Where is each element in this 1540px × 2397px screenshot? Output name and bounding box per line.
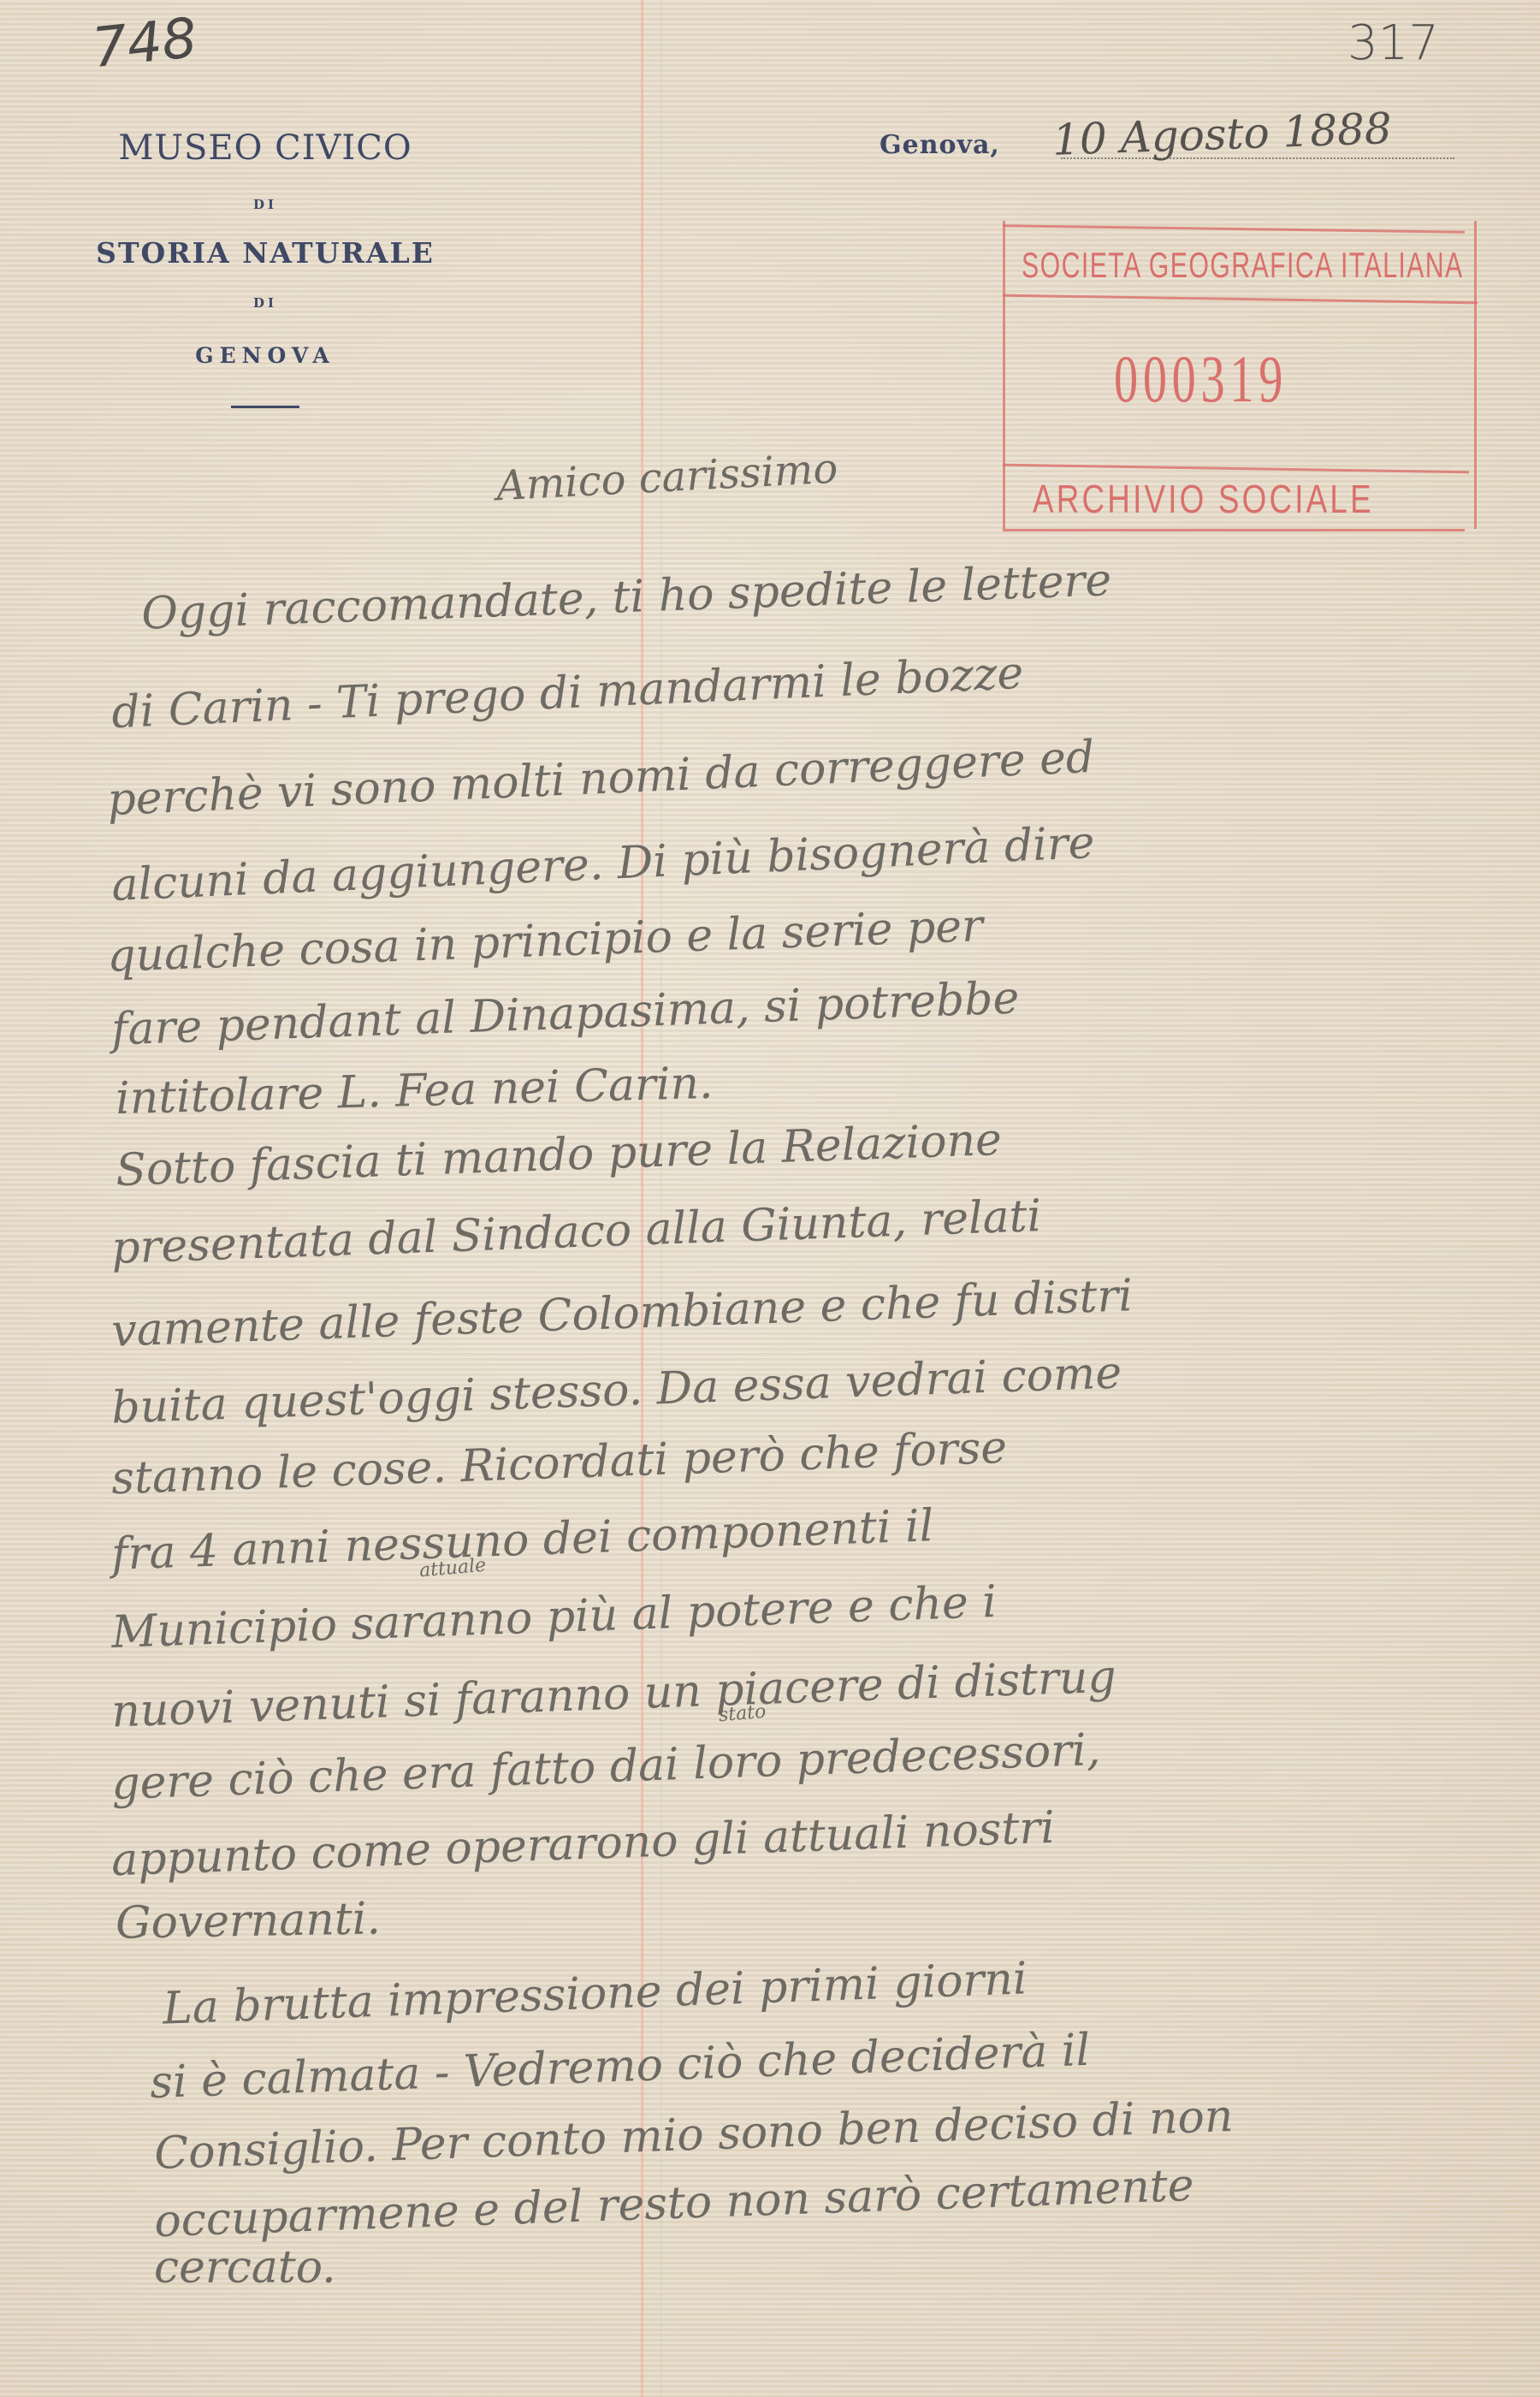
- letter-line: nuovi venuti si faranno un piacere di di…: [110, 1652, 1116, 1738]
- letter-line: stanno le cose. Ricordati però che forse: [110, 1422, 1008, 1505]
- letter-line: vamente alle feste Colombiane e che fu d…: [110, 1270, 1134, 1357]
- letter-line: alcuni da aggiungere. Di più bisognerà d…: [110, 817, 1095, 911]
- letterhead-rule: [231, 406, 299, 408]
- letter-line: buita quest'oggi stesso. Da essa vedrai …: [110, 1347, 1122, 1433]
- letter-line: qualche cosa in principio e la serie per: [106, 900, 984, 982]
- letter-line: cercato.: [154, 2242, 336, 2293]
- letter-line: Oggi raccomandate, ti ho spedite le lett…: [140, 555, 1112, 640]
- archive-stamp: SOCIETA GEOGRAFICA ITALIANA 000319 ARCHI…: [1003, 221, 1478, 529]
- archive-number-right: 317: [1347, 15, 1439, 71]
- stamp-rule: [1003, 529, 1465, 531]
- letter-line: appunto come operarono gli attuali nostr…: [110, 1802, 1056, 1886]
- letter-line: di Carin - Ti prego di mandarmi le bozze: [110, 648, 1024, 739]
- letter-line: Municipio saranno più al potere e che i: [110, 1576, 998, 1658]
- insert-attuale: attuale: [418, 1555, 487, 1582]
- archive-number-left: 748: [89, 7, 199, 80]
- letterhead-museo-civico: MUSEO CIVICO: [51, 128, 479, 168]
- letter-line: presentata dal Sindaco alla Giunta, rela…: [110, 1190, 1042, 1274]
- letter-line: intitolare L. Fea nei Carin.: [115, 1058, 714, 1124]
- letter-line: si è calmata - Vedremo ciò che deciderà …: [149, 2025, 1091, 2109]
- letterhead-storia-naturale: STORIA NATURALE: [51, 236, 479, 270]
- letter-line: gere ciò che era fatto dai loro predeces…: [110, 1724, 1101, 1810]
- salutation: Amico carissimo: [495, 445, 839, 511]
- letter-line: perchè vi sono molti nomi da correggere …: [106, 732, 1095, 826]
- dateline-place: Genova,: [880, 130, 1000, 160]
- letterhead-di-2: DI: [51, 295, 479, 311]
- letterhead-genova: GENOVA: [51, 343, 479, 368]
- insert-stato: stato: [718, 1701, 767, 1727]
- margin-line-red: [641, 0, 643, 2397]
- stamp-footer: ARCHIVIO SOCIALE: [1033, 476, 1374, 522]
- letter-line: Sotto fascia ti mando pure la Relazione: [115, 1114, 1002, 1196]
- letter-line: fra 4 anni nessuno dei componenti il: [110, 1500, 934, 1581]
- letter-line: fare pendant al Dinapasima, si potrebbe: [110, 972, 1020, 1055]
- letter-line: Governanti.: [115, 1893, 382, 1949]
- stamp-header: SOCIETA GEOGRAFICA ITALIANA: [1022, 245, 1464, 286]
- letter-line: La brutta impressione dei primi giorni: [162, 1953, 1028, 2034]
- stamp-number: 000319: [1114, 341, 1288, 418]
- margin-line-green: [660, 0, 662, 2397]
- dateline-date: 10 Agosto 1888: [1051, 104, 1393, 165]
- letterhead: MUSEO CIVICO DI STORIA NATURALE DI GENOV…: [51, 120, 479, 408]
- letterhead-di-1: DI: [51, 197, 479, 212]
